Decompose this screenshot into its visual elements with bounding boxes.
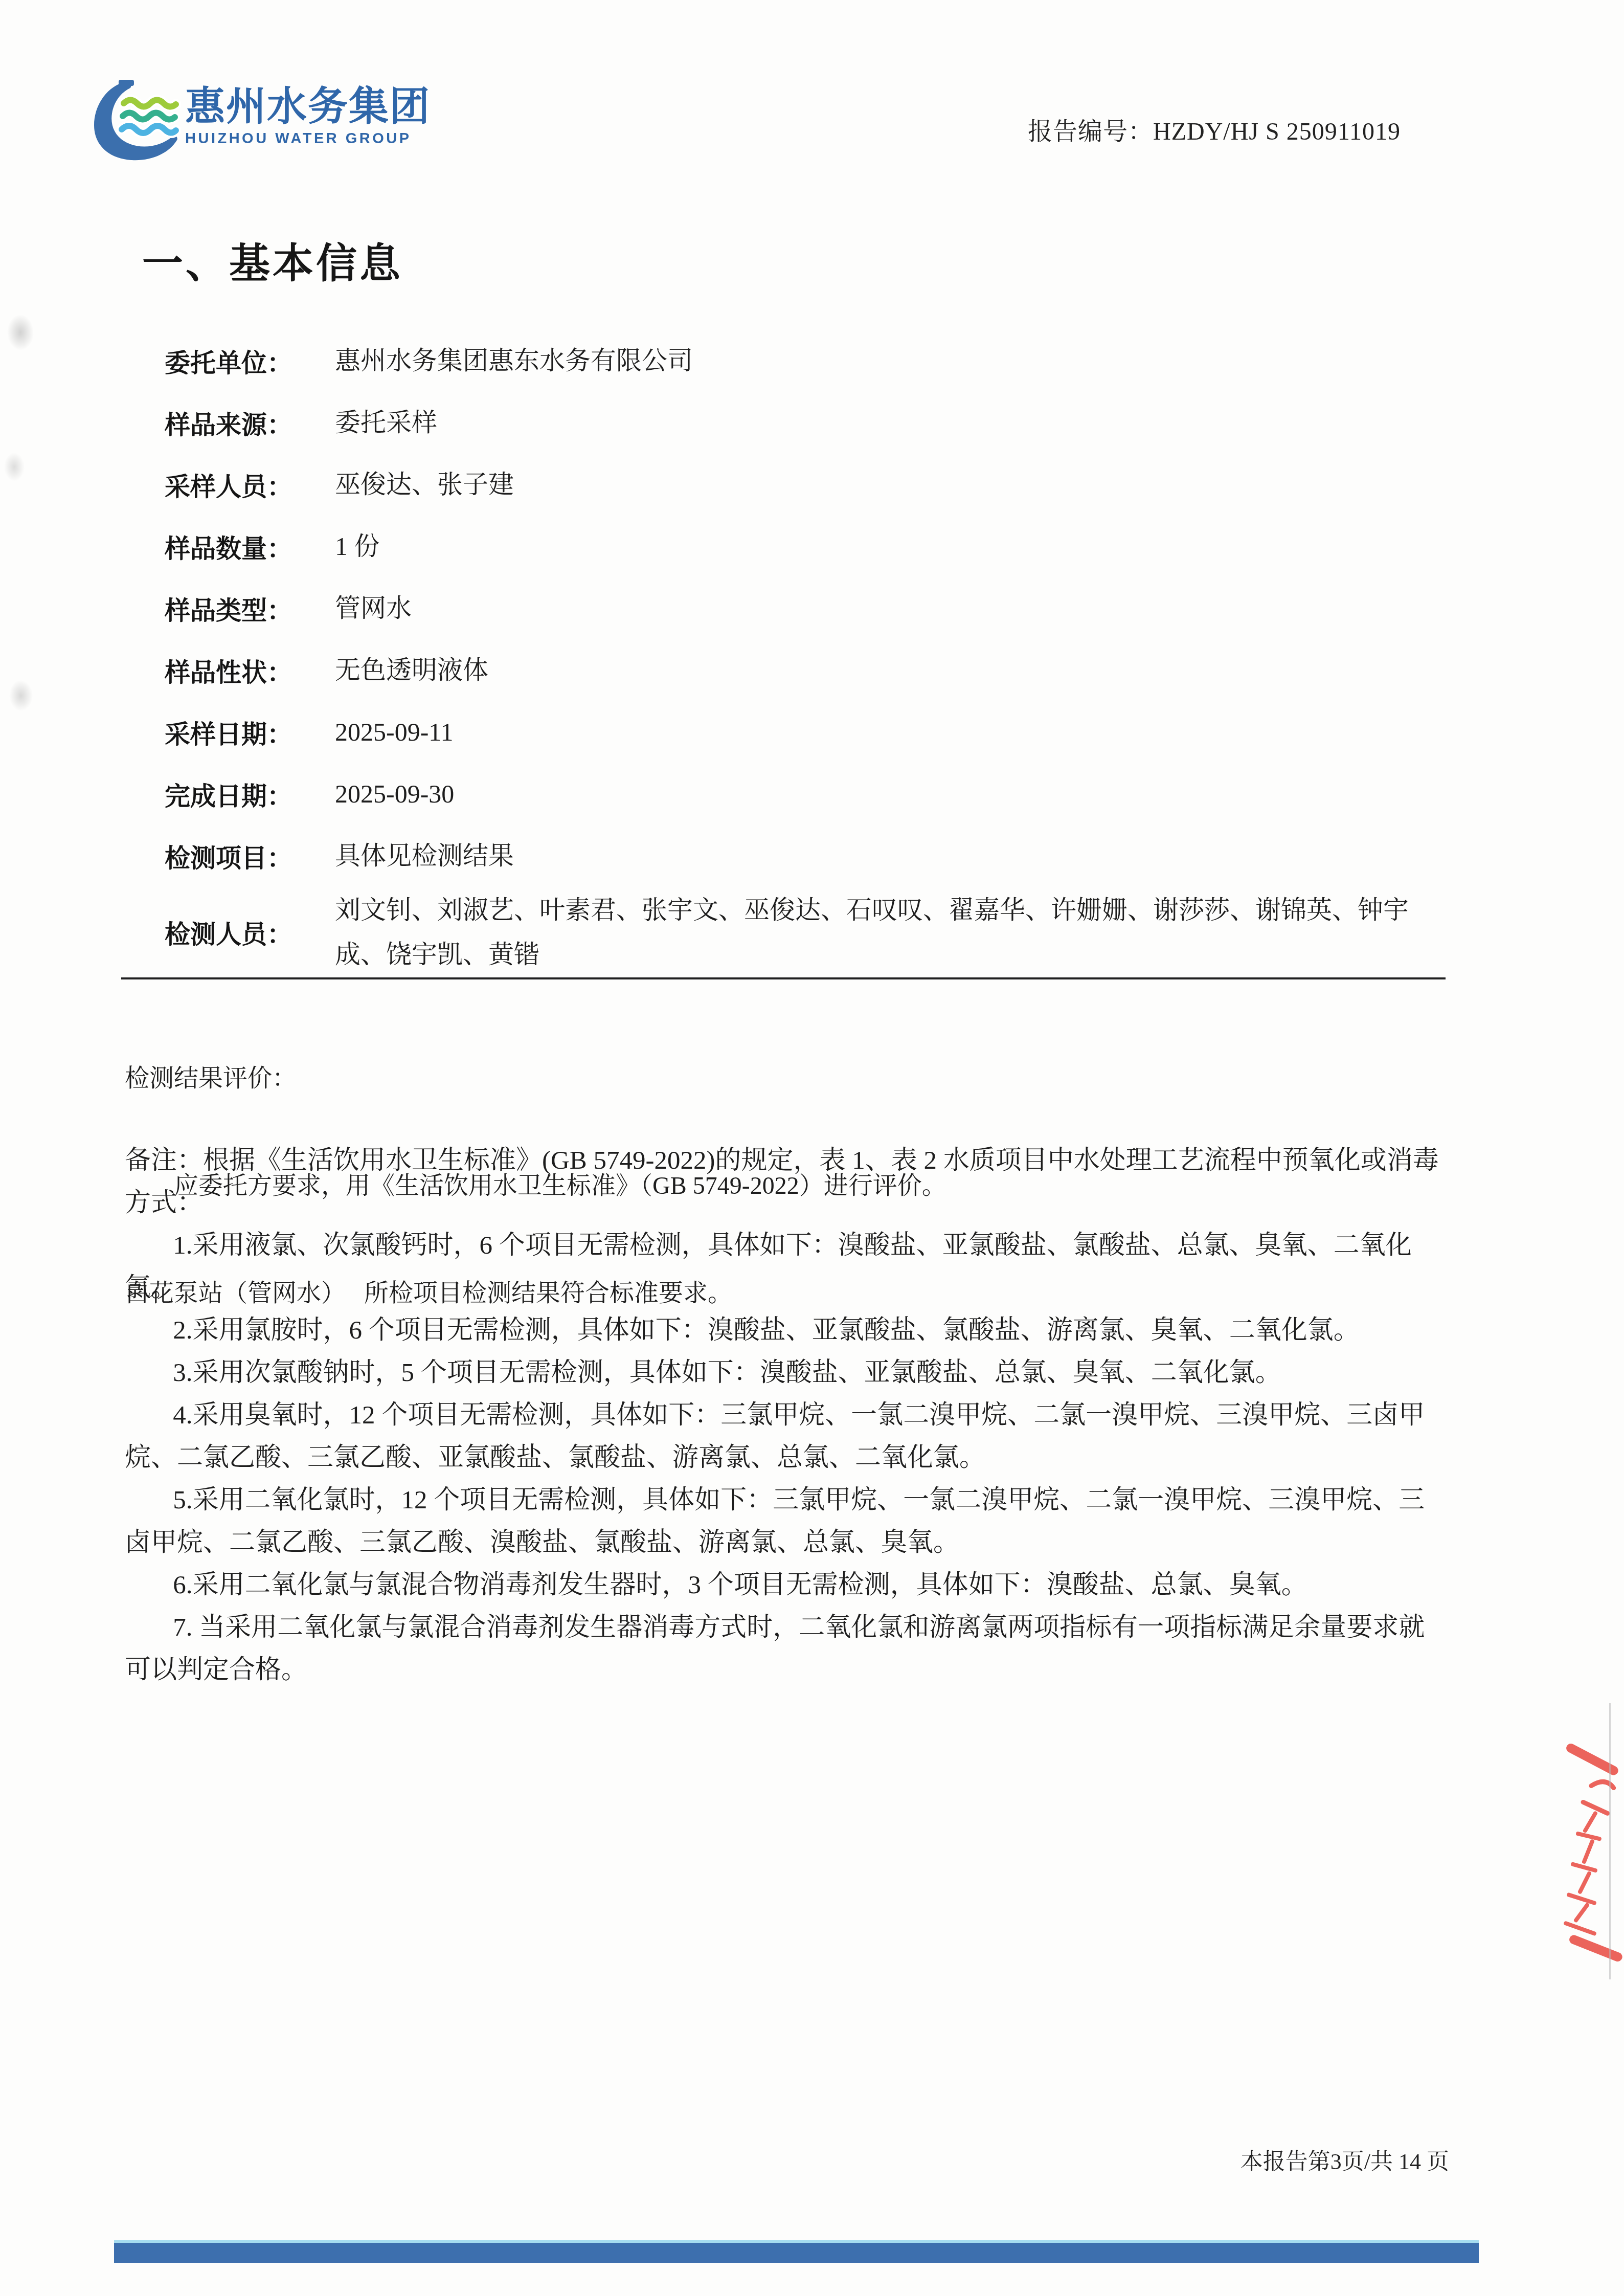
info-row: 检测项目： 具体见检测结果 [165,825,1443,887]
logo-company-name: 惠州水务集团 [185,83,431,131]
info-label: 委托单位： [165,343,335,380]
info-value: 管网水 [335,586,1435,631]
remark-paragraph: 7. 当采用二氧化氯与氯混合消毒剂发生器消毒方式时，二氧化氯和游离氯两项指标有一… [125,1607,1450,1691]
scanned-report-page: 惠州水务集团 HUIZHOU WATER GROUP 报告编号：HZDY/HJ … [0,0,1624,2296]
footer-page-indicator: 本报告第3页/共 14 页 [125,2143,1449,2176]
info-label: 样品类型： [165,590,335,627]
remark-paragraph: 1.采用液氯、次氯酸钙时，6 个项目无需检测，具体如下：溴酸盐、亚氯酸盐、氯酸盐… [125,1224,1450,1309]
info-value: 巫俊达、张子建 [335,462,1435,507]
info-row: 委托单位： 惠州水务集团惠东水务有限公司 [165,330,1443,392]
water-group-logo-icon [90,77,181,164]
basic-info-table: 委托单位： 惠州水务集团惠东水务有限公司 样品来源： 委托采样 采样人员： 巫俊… [165,330,1443,978]
remarks-section: 备注：根据《生活饮用水卫生标准》(GB 5749-2022)的规定，表 1、表 … [125,1140,1450,1691]
divider-rule [121,977,1446,979]
info-row: 样品来源： 委托采样 [165,392,1443,454]
report-number: 报告编号：HZDY/HJ S 250911019 [1028,112,1401,147]
red-seal-stamp-icon [1541,1737,1623,1966]
info-value: 无色透明液体 [335,648,1435,693]
info-label: 样品来源： [165,405,335,441]
report-number-value: HZDY/HJ S 250911019 [1153,118,1401,145]
remark-paragraph: 3.采用次氯酸钠时，5 个项目无需检测，具体如下：溴酸盐、亚氯酸盐、总氯、臭氧、… [125,1352,1450,1394]
scan-artifact [9,680,33,711]
info-row: 样品性状： 无色透明液体 [165,639,1443,701]
info-row: 样品数量： 1 份 [165,516,1443,577]
report-number-label: 报告编号： [1028,118,1153,145]
scan-edge-line [1609,1703,1611,1979]
footer-bar [114,2240,1479,2263]
info-value: 2025-09-30 [335,772,1435,816]
info-label: 检测人员： [165,914,335,951]
evaluation-heading: 检测结果评价： [125,1061,1450,1097]
scan-artifact [4,453,25,481]
info-row: 检测人员： 刘文钊、刘淑艺、叶素君、张宇文、巫俊达、石叹叹、翟嘉华、许姗姗、谢莎… [165,887,1443,978]
info-row: 采样人员： 巫俊达、张子建 [165,454,1443,516]
remark-paragraph: 6.采用二氧化氯与氯混合物消毒剂发生器时，3 个项目无需检测，具体如下：溴酸盐、… [125,1564,1450,1607]
info-label: 采样人员： [165,466,335,503]
info-value: 委托采样 [335,400,1435,445]
info-value: 2025-09-11 [335,710,1435,754]
logo: 惠州水务集团 HUIZHOU WATER GROUP [185,83,431,147]
info-label: 样品数量： [165,528,335,565]
section-title: 一、基本信息 [142,230,403,289]
info-row: 样品类型： 管网水 [165,577,1443,639]
remark-paragraph: 2.采用氯胺时，6 个项目无需检测，具体如下：溴酸盐、亚氯酸盐、氯酸盐、游离氯、… [125,1309,1450,1352]
info-value: 刘文钊、刘淑艺、叶素君、张宇文、巫俊达、石叹叹、翟嘉华、许姗姗、谢莎莎、谢锦英、… [335,888,1435,977]
remark-paragraph: 4.采用臭氧时，12 个项目无需检测，具体如下：三氯甲烷、一氯二溴甲烷、二氯一溴… [125,1394,1450,1479]
remark-paragraph: 5.采用二氧化氯时，12 个项目无需检测，具体如下：三氯甲烷、一氯二溴甲烷、二氯… [125,1479,1450,1564]
logo-company-name-en: HUIZHOU WATER GROUP [185,131,431,147]
scan-artifact [7,315,34,350]
info-value: 惠州水务集团惠东水务有限公司 [335,339,1435,383]
info-label: 完成日期： [165,776,335,813]
info-row: 采样日期： 2025-09-11 [165,701,1443,763]
info-label: 样品性状： [165,652,335,689]
info-label: 采样日期： [165,714,335,751]
info-value: 1 份 [335,524,1435,569]
info-value: 具体见检测结果 [335,834,1435,878]
info-row: 完成日期： 2025-09-30 [165,763,1443,825]
info-label: 检测项目： [165,838,335,875]
remark-paragraph: 备注：根据《生活饮用水卫生标准》(GB 5749-2022)的规定，表 1、表 … [125,1140,1450,1224]
